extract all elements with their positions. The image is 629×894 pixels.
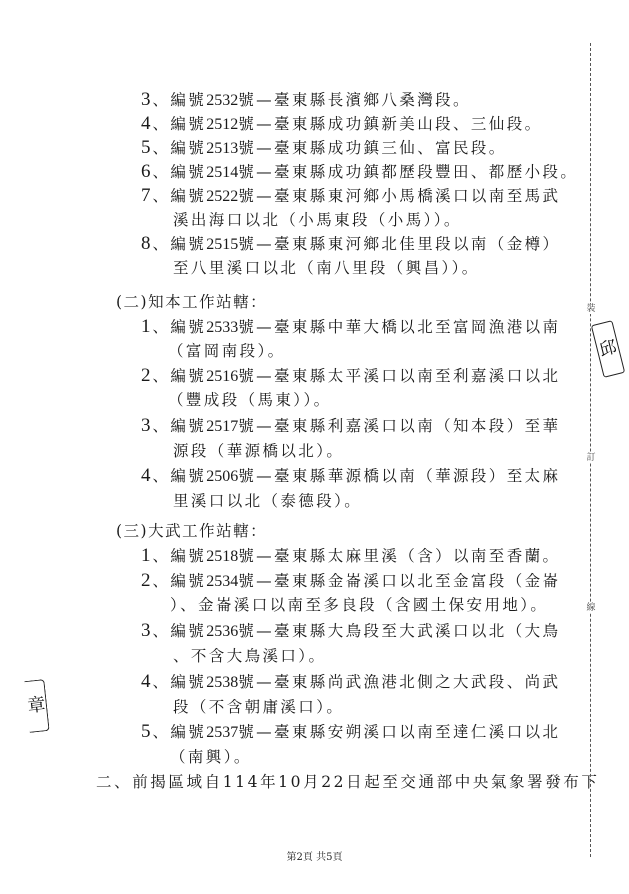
list-item: 3、編號2536號—臺東縣大鳥段至大武溪口以北（大鳥 [141, 620, 560, 643]
list-item: 4、編號2512號—臺東縣成功鎮新美山段、三仙段。 [141, 113, 543, 136]
list-item-continuation: （富岡南段）。 [168, 340, 286, 362]
list-item-continuation: （南興）。 [170, 746, 252, 768]
list-item-continuation: 溪出海口以北（小馬東段（小馬））。 [173, 209, 462, 231]
binding-label-zhuang: 裝 [584, 304, 598, 314]
list-item: 5、編號2537號—臺東縣安朔溪口以南至達仁溪口以北 [141, 721, 560, 744]
list-item: 5、編號2513號—臺東縣成功鎮三仙、富民段。 [141, 137, 507, 160]
list-item-continuation: （豐成段（馬東））。 [168, 389, 332, 411]
binding-label-xian: 線 [584, 603, 598, 613]
list-item-continuation: 里溪口以北（泰德段）。 [173, 490, 362, 512]
seal-stamp-right-icon: 邱 [591, 320, 625, 378]
list-item-continuation: 段（不含朝庸溪口）。 [173, 696, 344, 718]
list-item: 7、編號2522號—臺東縣東河鄉小馬橋溪口以南至馬武 [141, 185, 560, 208]
list-item: 1、編號2518號—臺東縣太麻里溪（含）以南至香蘭。 [141, 545, 560, 568]
paragraph: 二、前揭區域自114年10月22日起至交通部中央氣象署發布下 [96, 771, 600, 793]
list-item: 3、編號2517號—臺東縣利嘉溪口以南（知本段）至華 [141, 415, 560, 438]
list-item: 4、編號2506號—臺東縣華源橋以南（華源段）至太麻 [141, 465, 560, 488]
list-item-continuation: 源段（華源橋以北）。 [173, 440, 344, 462]
section-heading: (二)知本工作站轄： [116, 291, 267, 313]
seal-stamp-left-icon: 章 [24, 679, 49, 733]
list-item-continuation: 至八里溪口以北（南八里段（興昌））。 [173, 257, 480, 279]
list-item: 8、編號2515號—臺東縣東河鄉北佳里段以南（金樽） [141, 233, 560, 256]
section-heading: (三)大武工作站轄： [116, 520, 267, 542]
document-page: 3、編號2532號—臺東縣長濱鄉八桑灣段。 4、編號2512號—臺東縣成功鎮新美… [0, 0, 629, 894]
page-number-footer: 第2頁 共5頁 [0, 848, 629, 863]
list-item: 4、編號2538號—臺東縣尚武漁港北側之大武段、尚武 [141, 671, 560, 694]
list-item: 1、編號2533號—臺東縣中華大橋以北至富岡漁港以南 [141, 316, 560, 339]
list-item: 6、編號2514號—臺東縣成功鎮都歷段豐田、都歷小段。 [141, 161, 578, 184]
list-item: 2、編號2516號—臺東縣太平溪口以南至利嘉溪口以北 [141, 365, 560, 388]
binding-dashed-line [590, 43, 591, 857]
list-item-continuation: 、不含大鳥溪口）。 [173, 645, 326, 667]
binding-label-ding: 訂 [584, 453, 598, 463]
list-item-continuation: ）、金崙溪口以南至多良段（含國土保安用地）。 [170, 594, 548, 616]
list-item: 3、編號2532號—臺東縣長濱鄉八桑灣段。 [141, 89, 471, 112]
list-item: 2、編號2534號—臺東縣金崙溪口以北至金富段（金崙 [141, 570, 560, 593]
